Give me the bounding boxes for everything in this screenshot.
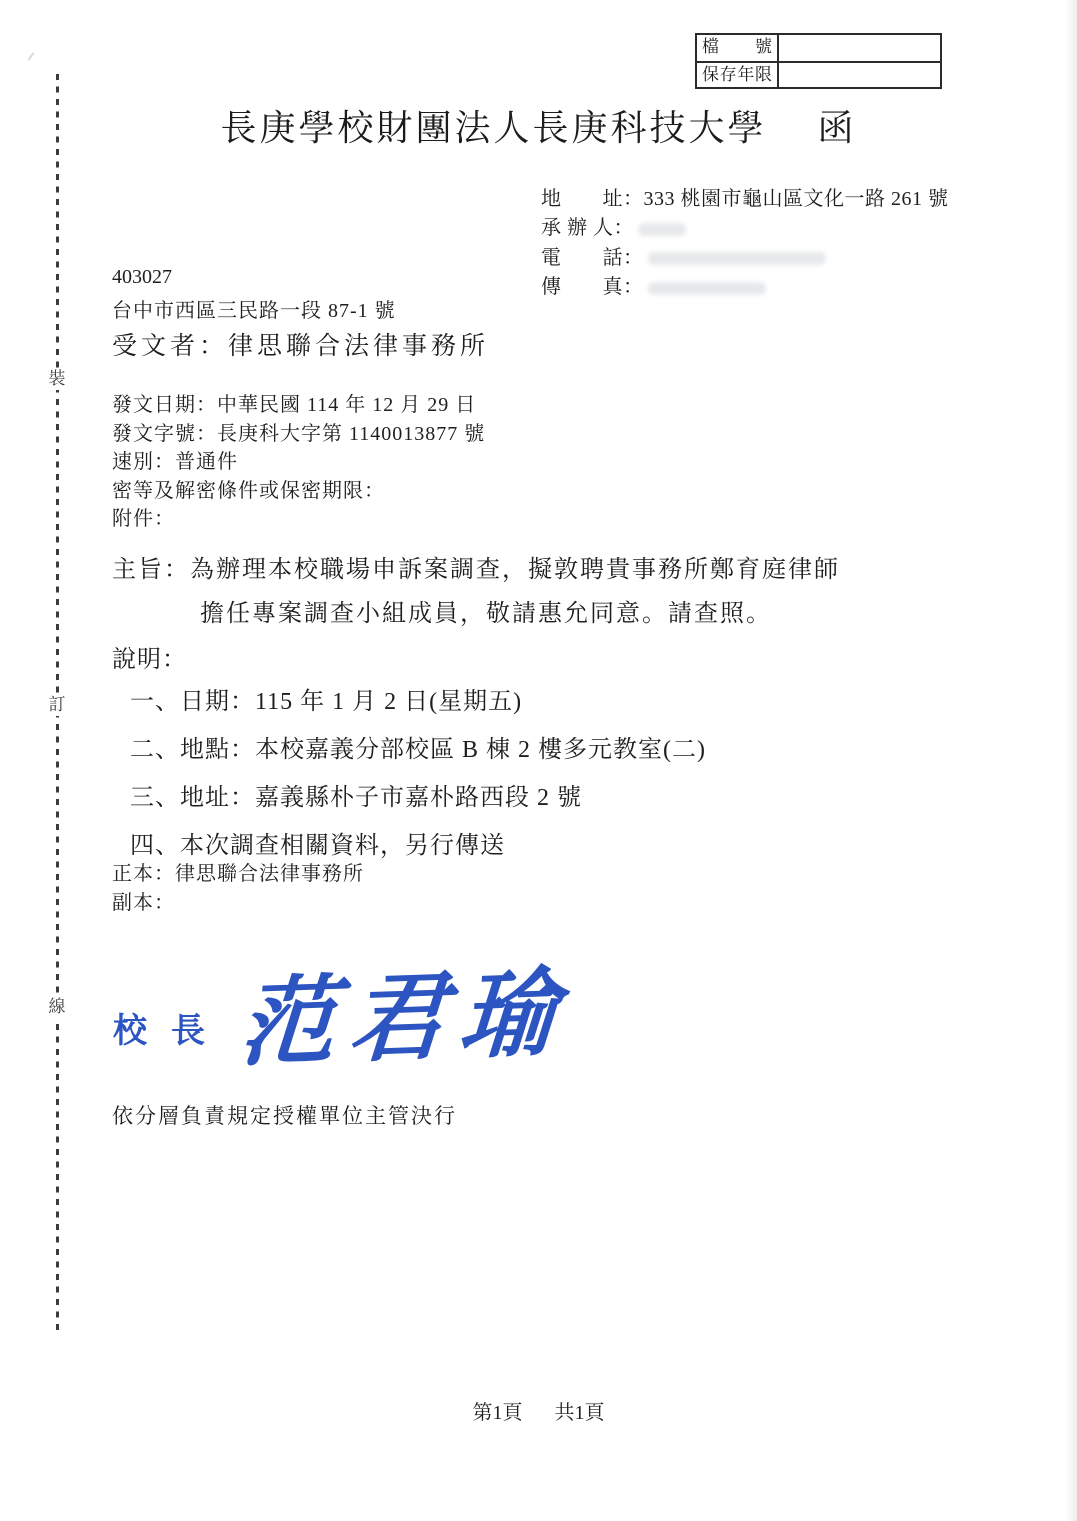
- explanation-list: 一、日期：115 年 1 月 2 日(星期五) 二、地點：本校嘉義分部校區 B …: [130, 678, 706, 870]
- binding-mark-zhuang: 裝: [47, 368, 67, 390]
- file-number-row: 檔 號: [697, 35, 940, 61]
- delegation-note: 依分層負責規定授權單位主管決行: [112, 1100, 457, 1130]
- file-number-label: 檔 號: [697, 35, 779, 61]
- issue-date-line: 發文日期：中華民國 114 年 12 月 29 日: [112, 391, 485, 420]
- sender-address-text: 地 址：333 桃園市龜山區文化一路 261 號: [541, 188, 949, 210]
- security-class-line: 密等及解密條件或保密期限：: [112, 477, 485, 506]
- recipient-line: 受文者：律思聯合法律事務所: [112, 326, 489, 362]
- original-copy-line: 正本：律思聯合法律事務所: [112, 857, 364, 886]
- explanation-item: 二、地點：本校嘉義分部校區 B 棟 2 樓多元教室(二): [130, 726, 706, 774]
- explanation-item: 一、日期：115 年 1 月 2 日(星期五): [130, 678, 706, 726]
- sender-address-line: 地 址：333 桃園市龜山區文化一路 261 號: [508, 155, 949, 185]
- explanation-item: 三、地址：嘉義縣朴子市嘉朴路西段 2 號: [130, 774, 706, 822]
- page-footer: 第1頁共1頁: [0, 1396, 1077, 1425]
- speed-class-line: 速別：普通件: [112, 448, 485, 477]
- president-title: 校長: [113, 1003, 229, 1052]
- recipient-street-address: 台中市西區三民路一段 87-1 號: [112, 294, 396, 323]
- fax-text: 傳 真：: [541, 276, 644, 298]
- redaction-smudge: [638, 223, 686, 236]
- sender-contact-block: 地 址：333 桃園市龜山區文化一路 261 號 承 辦 人： 電 話： 傳 真…: [508, 155, 949, 273]
- recipient-zipcode: 403027: [112, 266, 172, 289]
- reference-number-line: 發文字號：長庚科大字第 1140013877 號: [112, 420, 485, 449]
- phone-text: 電 話：: [541, 247, 644, 269]
- document-meta-block: 發文日期：中華民國 114 年 12 月 29 日 發文字號：長庚科大字第 11…: [112, 391, 485, 534]
- retention-period-value: [779, 63, 940, 87]
- file-number-table: 檔 號 保存年限: [695, 33, 942, 89]
- retention-period-row: 保存年限: [697, 61, 940, 87]
- binding-mark-ding: 訂: [47, 694, 67, 716]
- page-number: 第1頁: [473, 1402, 523, 1424]
- subject-line-1: 主旨：為辦理本校職場申訴案調查，擬敦聘貴事務所鄭育庭律師: [112, 549, 840, 584]
- president-signature: 范君瑜: [235, 936, 574, 1085]
- redaction-smudge: [648, 282, 766, 295]
- binding-mark-xian: 線: [47, 996, 67, 1018]
- total-pages: 共1頁: [555, 1402, 605, 1424]
- document-title: 長庚學校財團法人長庚科技大學 函: [0, 100, 1077, 151]
- file-number-value: [779, 35, 940, 61]
- page-edge-shadow: [1065, 0, 1077, 1521]
- cc-line: 副本：: [112, 886, 175, 915]
- redaction-smudge: [648, 252, 826, 265]
- subject-line-2: 擔任專案調查小組成員，敬請惠允同意。請查照。: [200, 593, 772, 628]
- explanation-heading: 說明：: [112, 639, 187, 674]
- scan-artifact: [28, 52, 35, 61]
- scanned-official-letter: 裝 訂 線 檔 號 保存年限 長庚學校財團法人長庚科技大學 函 地 址：333 …: [0, 0, 1077, 1521]
- retention-period-label: 保存年限: [697, 63, 779, 87]
- attachment-line: 附件：: [112, 505, 485, 534]
- contact-person-text: 承 辦 人：: [541, 217, 634, 239]
